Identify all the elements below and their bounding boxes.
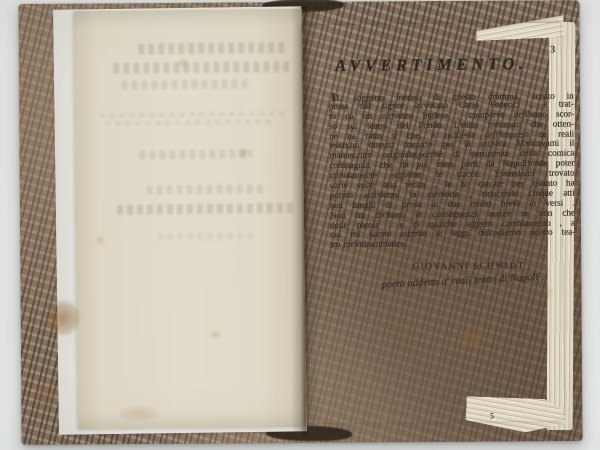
- right-page: 3 AVVERTIMENTO. IL soggetto inedito di q…: [302, 23, 564, 424]
- signature-name: GIOVANNI SCHMIDT ,: [304, 260, 532, 272]
- bleedthrough-text: [122, 79, 252, 89]
- foxing-stain: [34, 384, 58, 410]
- bleedthrough-text: [113, 61, 289, 74]
- bleedthrough-text: [349, 81, 479, 90]
- bleedthrough-text: [372, 31, 482, 39]
- foxing-stain: [390, 330, 406, 342]
- notice-paragraph: IL soggetto inedito di questo dramma, sc…: [329, 91, 576, 252]
- bleedthrough-text: [138, 42, 284, 55]
- body-line: tro melodrammatico.: [330, 239, 575, 251]
- signature-role: poeta addetto a' reali teatri di Napoli …: [366, 271, 558, 291]
- foxing-stain: [210, 330, 221, 339]
- bleedthrough-text: [139, 149, 252, 159]
- bleedthrough-text: [117, 203, 297, 215]
- foxing-stain: [46, 300, 80, 336]
- bleedthrough-text: [147, 184, 263, 194]
- foxing-stain: [328, 298, 340, 308]
- foxing-stain: [178, 58, 188, 68]
- bleedthrough-text: [99, 111, 289, 118]
- bleedthrough-text: [157, 232, 253, 240]
- book-gutter: [291, 6, 319, 436]
- foxing-stain: [460, 326, 490, 352]
- gathering-signature-mark: 5: [490, 411, 494, 420]
- foxing-stain: [96, 236, 105, 245]
- foxing-stain: [238, 148, 250, 158]
- photo-backdrop: 3 AVVERTIMENTO. IL soggetto inedito di q…: [0, 0, 600, 450]
- foxing-stain: [538, 286, 553, 300]
- left-page: [74, 9, 306, 429]
- foxing-stain: [428, 88, 436, 96]
- foxing-stain: [118, 406, 160, 421]
- bleedthrough-text: [105, 119, 275, 126]
- section-heading: AVVERTIMENTO.: [302, 54, 560, 77]
